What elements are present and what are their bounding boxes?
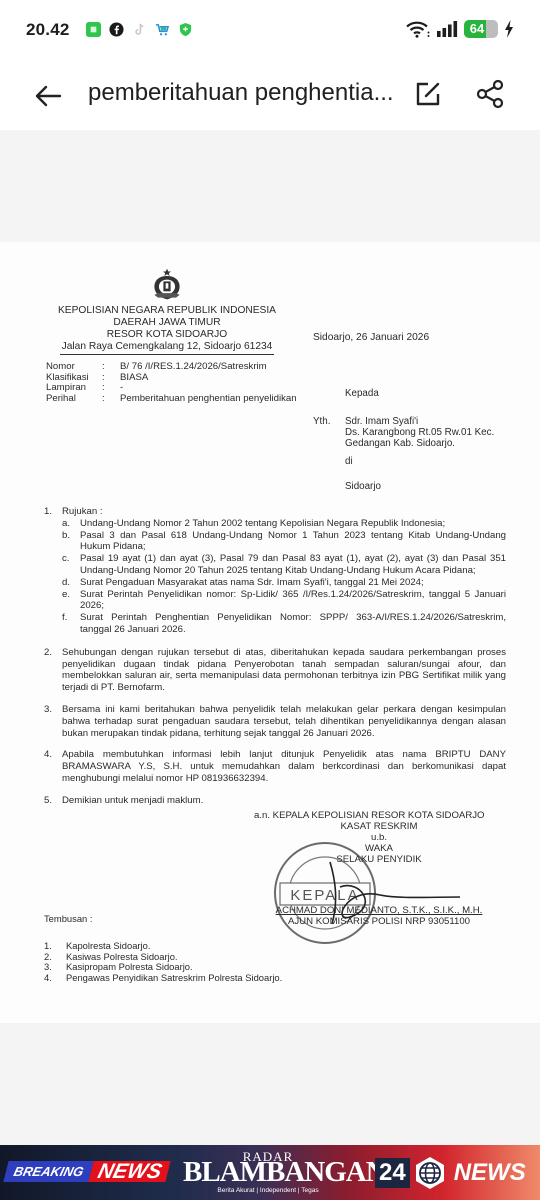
signal-icon <box>436 20 458 38</box>
recipient-name: Sdr. Imam Syafi'i <box>345 416 494 427</box>
signature-line-1: a.n. KEPALA KEPOLISIAN RESOR KOTA SIDOAR… <box>254 810 504 821</box>
recipient-kepada: Kepada <box>345 388 379 400</box>
tembusan-block: Tembusan : 1.Kapolresta Sidoarjo. 2.Kasi… <box>44 914 282 984</box>
point-1-title: Rujukan : <box>62 506 506 518</box>
edit-icon[interactable] <box>412 78 444 110</box>
meta-lampiran: Lampiran:- <box>46 383 297 394</box>
letterhead-address: Jalan Raya Cemengkalang 12, Sidoarjo 612… <box>60 341 275 355</box>
notification-icons <box>86 22 193 37</box>
shopping-cart-icon <box>155 22 170 37</box>
police-emblem-icon <box>149 267 185 303</box>
letter-meta: Nomor:B/ 76 /I/RES.1.24/2026/Satreskrim … <box>46 362 297 404</box>
letterhead-line-2: DAERAH JAWA TIMUR <box>52 317 282 329</box>
radar-blambangan-logo: RADAR BLAMBANGAN Berita Akurat | Indepen… <box>183 1149 353 1197</box>
recipient-address-2: Gedangan Kab. Sidoarjo. <box>345 438 494 449</box>
facebook-icon <box>109 22 124 37</box>
document-viewer[interactable]: KEPOLISIAN NEGARA REPUBLIK INDONESIA DAE… <box>0 130 540 1145</box>
recipient-di: di <box>345 456 353 468</box>
tembusan-item: 4.Pengawas Penyidikan Satreskrim Polrest… <box>44 973 282 984</box>
tiktok-icon <box>132 22 147 37</box>
globe-icon <box>413 1156 447 1190</box>
recipient-yth: Yth. <box>313 416 330 428</box>
point-5: 5.Demikian untuk menjadi maklum. <box>44 795 506 807</box>
letter-date: Sidoarjo, 26 Januari 2026 <box>313 332 429 344</box>
status-bar: 20.42 64 <box>0 0 540 62</box>
shield-icon <box>178 22 193 37</box>
system-status: 64 <box>406 20 514 38</box>
breaking-news-badge: BREAKING NEWS <box>3 1161 171 1182</box>
meta-perihal: Perihal:Pemberitahuan penghentian penyel… <box>46 394 297 405</box>
battery-level: 64 <box>464 21 490 36</box>
tembusan-title: Tembusan : <box>44 914 282 925</box>
reference-e: e.Surat Perintah Penyelidikan nomor: Sp-… <box>62 589 506 613</box>
recipient-address: Sdr. Imam Syafi'i Ds. Karangbong Rt.05 R… <box>345 416 494 449</box>
tembusan-item: 1.Kapolresta Sidoarjo. <box>44 941 282 952</box>
reference-f: f.Surat Perintah Penghentian Penyelidika… <box>62 612 506 636</box>
letterhead-line-3: RESOR KOTA SIDOARJO <box>52 329 282 341</box>
calculator-app-icon <box>86 22 101 37</box>
signatory-name: ACHMAD DONI MEDIANTO, S.T.K., S.I.K., M.… <box>254 905 504 916</box>
point-1: 1. Rujukan : a.Undang-Undang Nomor 2 Tah… <box>44 506 506 636</box>
reference-b: b.Pasal 3 dan Pasal 618 Undang-Undang No… <box>62 530 506 554</box>
letterhead: KEPOLISIAN NEGARA REPUBLIK INDONESIA DAE… <box>52 267 282 355</box>
signature-block: a.n. KEPALA KEPOLISIAN RESOR KOTA SIDOAR… <box>254 810 504 927</box>
battery-indicator: 64 <box>464 20 498 38</box>
signature-line-5: SELAKU PENYIDIK <box>254 854 504 865</box>
signature-line-2: KASAT RESKRIM <box>254 821 504 832</box>
signature-line-3: u.b. <box>254 832 504 843</box>
document-title: pemberitahuan penghentia... <box>88 79 398 107</box>
back-arrow-icon[interactable] <box>30 78 66 114</box>
point-3: 3.Bersama ini kami beritahukan bahwa pen… <box>44 704 506 739</box>
charging-bolt-icon <box>504 20 514 38</box>
signatory-rank: AJUN KOMISARIS POLISI NRP 93051100 <box>254 916 504 927</box>
signature-line-4: WAKA <box>254 843 504 854</box>
news-banner[interactable]: BREAKING NEWS RADAR BLAMBANGAN Berita Ak… <box>0 1145 540 1200</box>
app-bar: pemberitahuan penghentia... <box>0 62 540 130</box>
letterhead-line-1: KEPOLISIAN NEGARA REPUBLIK INDONESIA <box>52 305 282 317</box>
recipient-city: Sidoarjo <box>345 481 381 493</box>
reference-a: a.Undang-Undang Nomor 2 Tahun 2002 tenta… <box>62 518 506 530</box>
reference-d: d.Surat Pengaduan Masyarakat atas nama S… <box>62 577 506 589</box>
share-icon[interactable] <box>474 78 506 110</box>
24-news-logo: 24 NEWS <box>375 1156 526 1190</box>
recipient-address-1: Ds. Karangbong Rt.05 Rw.01 Kec. <box>345 427 494 438</box>
letter-body: 1. Rujukan : a.Undang-Undang Nomor 2 Tah… <box>44 506 506 817</box>
document-page: KEPOLISIAN NEGARA REPUBLIK INDONESIA DAE… <box>0 242 540 1023</box>
reference-c: c.Pasal 19 ayat (1) dan ayat (3), Pasal … <box>62 553 506 577</box>
meta-nomor: Nomor:B/ 76 /I/RES.1.24/2026/Satreskrim <box>46 362 297 373</box>
point-2: 2.Sehubungan dengan rujukan tersebut di … <box>44 647 506 694</box>
wifi-icon <box>406 20 430 38</box>
status-time: 20.42 <box>26 20 70 40</box>
point-4: 4.Apabila membutuhkan informasi lebih la… <box>44 749 506 784</box>
